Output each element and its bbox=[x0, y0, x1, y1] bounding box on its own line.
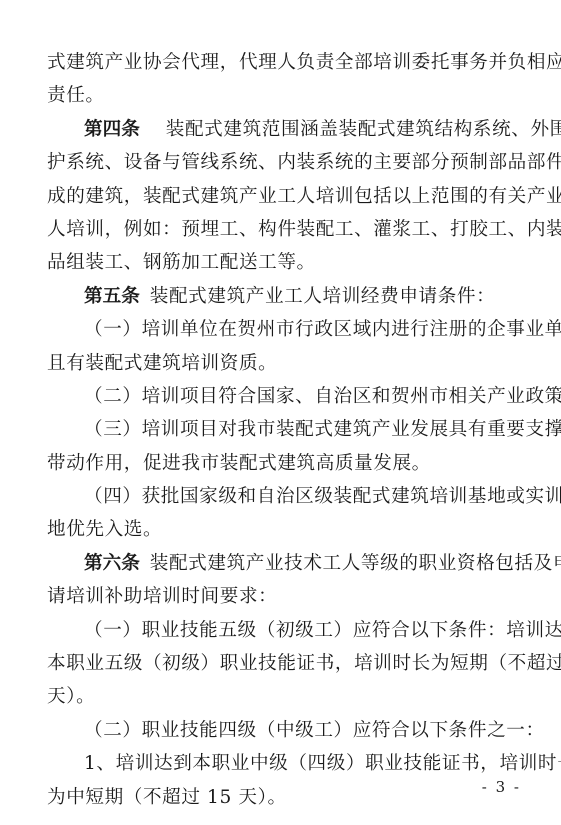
article-5-text: 装配式建筑产业工人培训经费申请条件： bbox=[150, 286, 496, 307]
article-4-text: 装配式建筑范围涵盖装配式建筑结构系统、外围 bbox=[166, 119, 561, 140]
clause-5-4-line: （四）获批国家级和自治区级装配式建筑培训基地或实训基 bbox=[47, 480, 517, 513]
body-text-line: 本职业五级（初级）职业技能证书，培训时长为短期（不超过 10 bbox=[47, 647, 517, 680]
body-text-line: 式建筑产业协会代理，代理人负责全部培训委托事务并负相应的 bbox=[47, 46, 517, 79]
clause-6-2-line: （二）职业技能四级（中级工）应符合以下条件之一： bbox=[47, 714, 517, 747]
page-number: - 3 - bbox=[482, 778, 521, 796]
article-5-label: 第五条 bbox=[84, 286, 140, 307]
body-text-line: 品组装工、钢筋加工配送工等。 bbox=[47, 246, 517, 279]
article-5-first-line: 第五条装配式建筑产业工人培训经费申请条件： bbox=[47, 280, 517, 313]
body-text-line: 人培训，例如：预埋工、构件装配工、灌浆工、打胶工、内装部 bbox=[47, 213, 517, 246]
body-text-line: 为中短期（不超过 15 天）。 bbox=[47, 781, 517, 814]
article-6-text: 装配式建筑产业技术工人等级的职业资格包括及申 bbox=[150, 553, 561, 574]
clause-5-3-line: （三）培训项目对我市装配式建筑产业发展具有重要支撑和 bbox=[47, 413, 517, 446]
body-text-line: 护系统、设备与管线系统、内装系统的主要部分预制部品部件集 bbox=[47, 146, 517, 179]
body-text-line: 责任。 bbox=[47, 79, 517, 112]
body-text-line: 请培训补助培训时间要求： bbox=[47, 580, 517, 613]
body-text-line: 天）。 bbox=[47, 680, 517, 713]
article-6-first-line: 第六条装配式建筑产业技术工人等级的职业资格包括及申 bbox=[47, 547, 517, 580]
sub-item-1-line: 1、培训达到本职业中级（四级）职业技能证书，培训时长 bbox=[47, 747, 517, 780]
article-4-first-line: 第四条装配式建筑范围涵盖装配式建筑结构系统、外围 bbox=[47, 113, 517, 146]
document-page: 式建筑产业协会代理，代理人负责全部培训委托事务并负相应的 责任。 第四条装配式建… bbox=[47, 46, 517, 814]
body-text-line: 地优先入选。 bbox=[47, 513, 517, 546]
body-text-line: 带动作用，促进我市装配式建筑高质量发展。 bbox=[47, 447, 517, 480]
body-text-line: 且有装配式建筑培训资质。 bbox=[47, 347, 517, 380]
clause-6-1-line: （一）职业技能五级（初级工）应符合以下条件：培训达到 bbox=[47, 614, 517, 647]
article-6-label: 第六条 bbox=[84, 553, 140, 574]
body-text-line: 成的建筑，装配式建筑产业工人培训包括以上范围的有关产业工 bbox=[47, 180, 517, 213]
clause-5-1-line: （一）培训单位在贺州市行政区域内进行注册的企事业单位 bbox=[47, 313, 517, 346]
clause-5-2-line: （二）培训项目符合国家、自治区和贺州市相关产业政策。 bbox=[47, 380, 517, 413]
article-4-label: 第四条 bbox=[84, 119, 140, 140]
